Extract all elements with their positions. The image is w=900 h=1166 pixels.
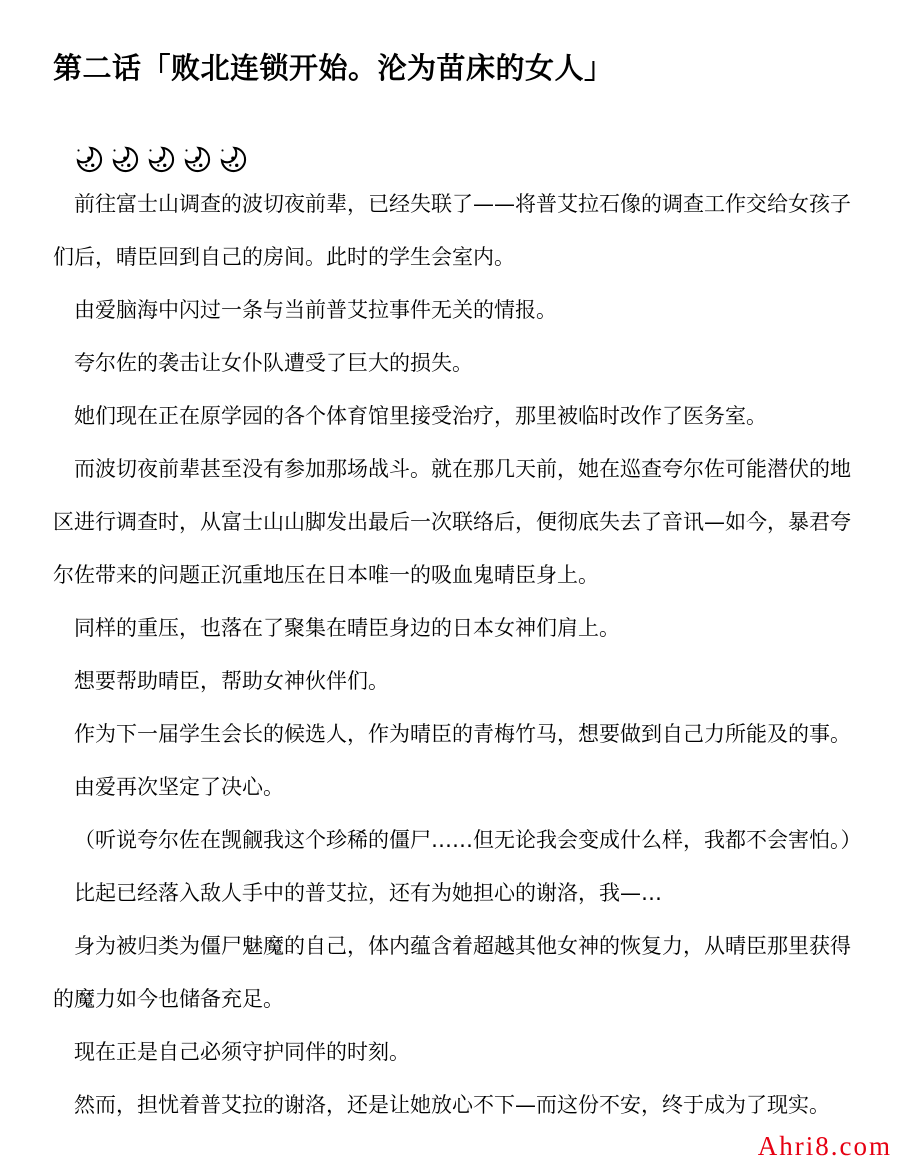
paragraph: 身为被归类为僵尸魅魔的自己，体内蕴含着超越其他女神的恢复力，从晴臣那里获得的魔力… <box>53 920 851 1026</box>
novel-page: 第二话「败北连锁开始。沦为苗床的女人」 <box>0 0 900 1166</box>
paragraph: 而波切夜前辈甚至没有参加那场战斗。就在那几天前，她在巡查夸尔佐可能潜伏的地区进行… <box>53 443 851 602</box>
crescent-moon-icon <box>146 144 177 175</box>
paragraph: 由爱再次坚定了决心。 <box>53 761 851 814</box>
paragraph: 比起已经落入敌人手中的普艾拉，还有为她担心的谢洛，我—… <box>53 867 851 920</box>
paragraph: 想要帮助晴臣，帮助女神伙伴们。 <box>53 655 851 708</box>
watermark: Ahri8.com <box>758 1131 892 1162</box>
paragraph: 作为下一届学生会长的候选人，作为晴臣的青梅竹马，想要做到自己力所能及的事。 <box>53 708 851 761</box>
paragraph: 她们现在正在原学园的各个体育馆里接受治疗，那里被临时改作了医务室。 <box>53 390 851 443</box>
story-body: 前往富士山调查的波切夜前辈，已经失联了——将普艾拉石像的调查工作交给女孩子们后，… <box>53 178 851 1132</box>
paragraph: 同样的重压，也落在了聚集在晴臣身边的日本女神们肩上。 <box>53 602 851 655</box>
crescent-moon-icon <box>110 144 141 175</box>
paragraph: 由爱脑海中闪过一条与当前普艾拉事件无关的情报。 <box>53 284 851 337</box>
crescent-moon-icon <box>218 144 249 175</box>
scene-divider <box>74 143 851 176</box>
paragraph: （听说夸尔佐在觊觎我这个珍稀的僵尸……但无论我会变成什么样，我都不会害怕。） <box>53 814 851 867</box>
paragraph: 夸尔佐的袭击让女仆队遭受了巨大的损失。 <box>53 337 851 390</box>
crescent-moon-icon <box>74 144 105 175</box>
paragraph: 现在正是自己必须守护同伴的时刻。 <box>53 1026 851 1079</box>
paragraph: 前往富士山调查的波切夜前辈，已经失联了——将普艾拉石像的调查工作交给女孩子们后，… <box>53 178 851 284</box>
chapter-title: 第二话「败北连锁开始。沦为苗床的女人」 <box>53 51 851 86</box>
paragraph: 然而，担忧着普艾拉的谢洛，还是让她放心不下—而这份不安，终于成为了现实。 <box>53 1079 851 1132</box>
crescent-moon-icon <box>182 144 213 175</box>
